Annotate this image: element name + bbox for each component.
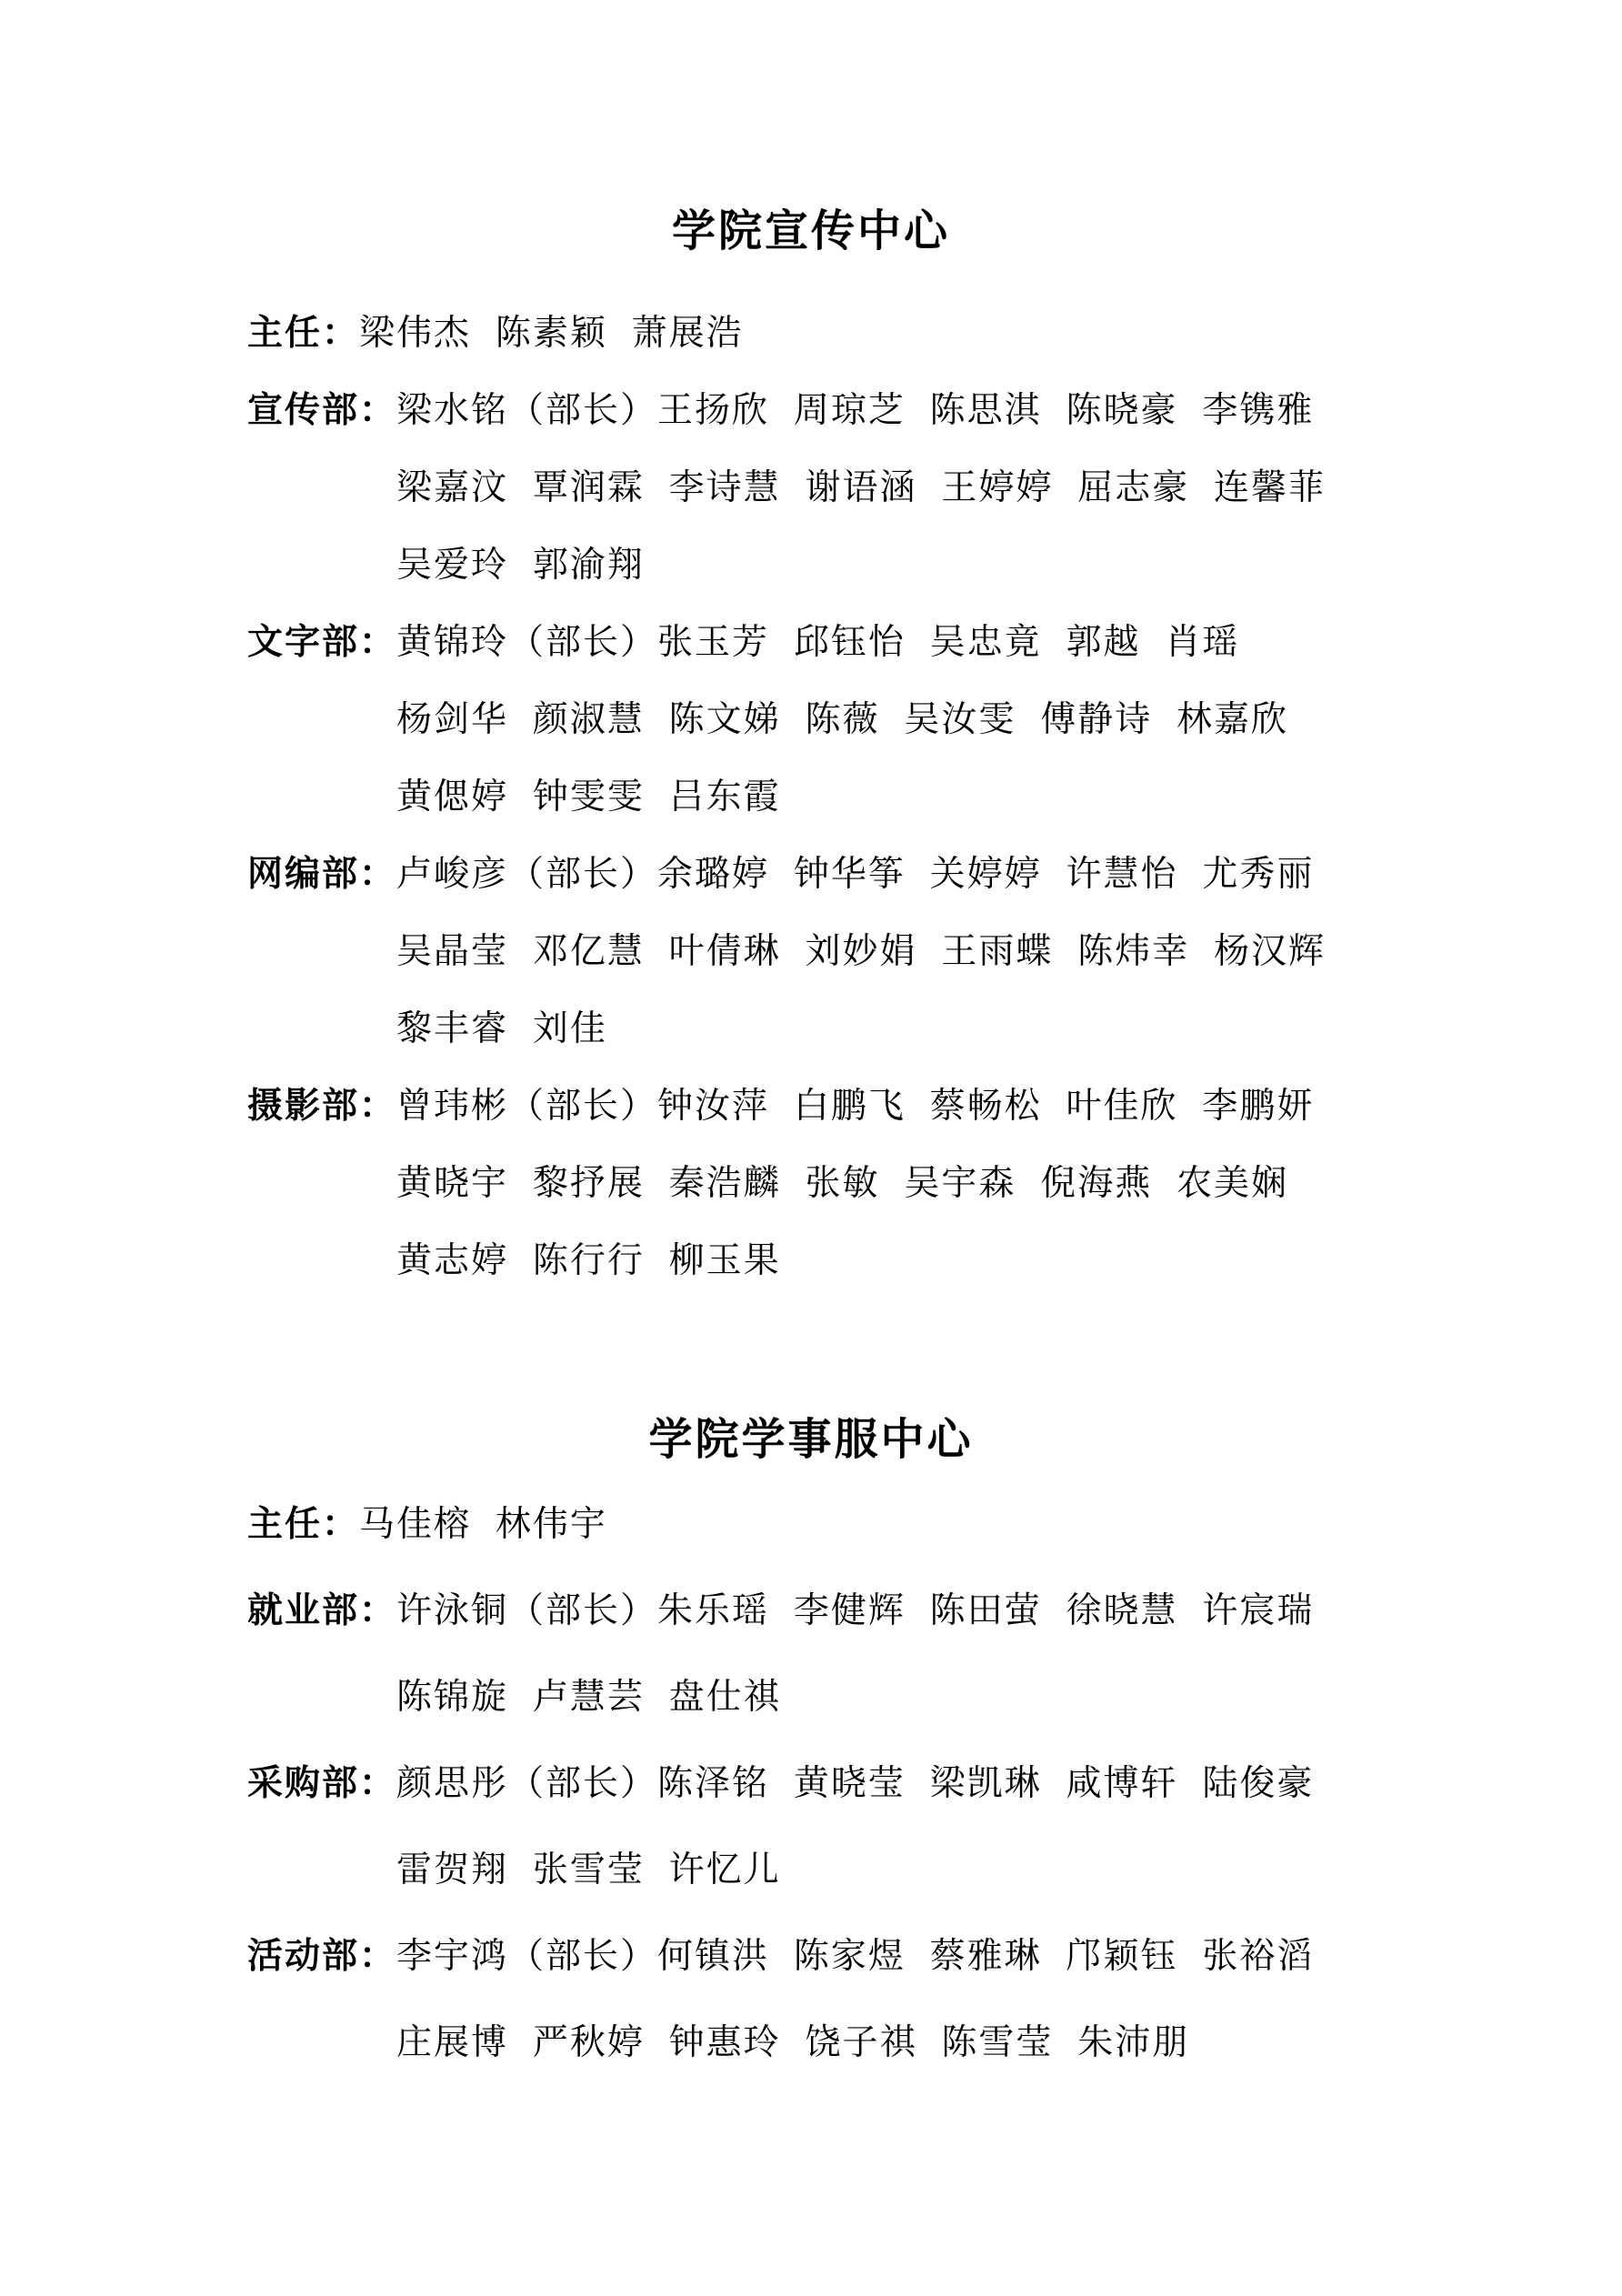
department-row-director: 主任： 梁伟杰 陈素颖 萧展浩	[247, 295, 1375, 372]
department-label: 主任：	[247, 1481, 359, 1568]
member-lines: 黄锦玲（部长）张玉芳 邱钰怡 吴忠竟 郭越 肖瑶 杨剑华 颜淑慧 陈文娣 陈薇 …	[396, 604, 1375, 836]
document-page: 学院宣传中心 主任： 梁伟杰 陈素颖 萧展浩 宣传部： 梁水铭（部长）王扬欣 周…	[0, 0, 1622, 2296]
member-line: 许泳铜（部长）朱乐瑶 李健辉 陈田萤 徐晓慧 许宸瑞	[396, 1568, 1375, 1654]
member-line: 梁水铭（部长）王扬欣 周琼芝 陈思淇 陈晓豪 李镌雅	[396, 372, 1375, 449]
department-label: 文字部：	[247, 604, 396, 681]
department-row-procurement: 采购部： 颜思彤（部长）陈泽铭 黄晓莹 梁凯琳 咸博轩 陆俊豪 雷贺翔 张雪莹 …	[247, 1740, 1375, 1913]
member-lines: 曾玮彬（部长）钟汝萍 白鹏飞 蔡畅松 叶佳欣 李鹏妍 黄晓宇 黎抒展 秦浩麟 张…	[396, 1068, 1375, 1299]
member-lines: 卢峻彦（部长）余璐婷 钟华筝 关婷婷 许慧怡 尤秀丽 吴晶莹 邓亿慧 叶倩琳 刘…	[396, 836, 1375, 1068]
member-line: 黄晓宇 黎抒展 秦浩麟 张敏 吴宇森 倪海燕 农美娴	[396, 1145, 1375, 1222]
member-line: 梁伟杰 陈素颖 萧展浩	[359, 295, 1375, 372]
member-line: 吴爱玲 郭渝翔	[396, 526, 1375, 604]
member-lines: 梁伟杰 陈素颖 萧展浩	[359, 295, 1375, 372]
section-rows: 主任： 梁伟杰 陈素颖 萧展浩 宣传部： 梁水铭（部长）王扬欣 周琼芝 陈思淇 …	[247, 295, 1375, 1299]
department-label: 网编部：	[247, 836, 396, 913]
department-label: 主任：	[247, 295, 359, 372]
member-line: 颜思彤（部长）陈泽铭 黄晓莹 梁凯琳 咸博轩 陆俊豪	[396, 1740, 1375, 1827]
member-line: 黄锦玲（部长）张玉芳 邱钰怡 吴忠竟 郭越 肖瑶	[396, 604, 1375, 681]
member-line: 梁嘉汶 覃润霖 李诗慧 谢语涵 王婷婷 屈志豪 连馨菲	[396, 449, 1375, 526]
department-label: 就业部：	[247, 1568, 396, 1654]
department-row-activities: 活动部： 李宇鸿（部长）何镇洪 陈家煜 蔡雅琳 邝颖钰 张裕滔 庄展博 严秋婷 …	[247, 1913, 1375, 2086]
department-row-employment: 就业部： 许泳铜（部长）朱乐瑶 李健辉 陈田萤 徐晓慧 许宸瑞 陈锦旋 卢慧芸 …	[247, 1568, 1375, 1740]
member-line: 陈锦旋 卢慧芸 盘仕祺	[396, 1654, 1375, 1740]
department-row-web-editing: 网编部： 卢峻彦（部长）余璐婷 钟华筝 关婷婷 许慧怡 尤秀丽 吴晶莹 邓亿慧 …	[247, 836, 1375, 1068]
member-lines: 颜思彤（部长）陈泽铭 黄晓莹 梁凯琳 咸博轩 陆俊豪 雷贺翔 张雪莹 许忆儿	[396, 1740, 1375, 1913]
member-line: 庄展博 严秋婷 钟惠玲 饶子祺 陈雪莹 朱沛朋	[396, 2000, 1375, 2086]
department-row-publicity: 宣传部： 梁水铭（部长）王扬欣 周琼芝 陈思淇 陈晓豪 李镌雅 梁嘉汶 覃润霖 …	[247, 372, 1375, 604]
member-line: 黄偲婷 钟雯雯 吕东霞	[396, 758, 1375, 836]
member-lines: 马佳榕 林伟宇	[359, 1481, 1375, 1568]
section-student-affairs-center: 学院学事服中心 主任： 马佳榕 林伟宇 就业部： 许泳铜（部长）朱乐瑶 李健辉 …	[247, 1416, 1375, 2086]
section-rows: 主任： 马佳榕 林伟宇 就业部： 许泳铜（部长）朱乐瑶 李健辉 陈田萤 徐晓慧 …	[247, 1481, 1375, 2086]
member-line: 李宇鸿（部长）何镇洪 陈家煜 蔡雅琳 邝颖钰 张裕滔	[396, 1913, 1375, 2000]
member-lines: 梁水铭（部长）王扬欣 周琼芝 陈思淇 陈晓豪 李镌雅 梁嘉汶 覃润霖 李诗慧 谢…	[396, 372, 1375, 604]
section-propaganda-center: 学院宣传中心 主任： 梁伟杰 陈素颖 萧展浩 宣传部： 梁水铭（部长）王扬欣 周…	[247, 207, 1375, 1299]
member-line: 马佳榕 林伟宇	[359, 1481, 1375, 1568]
member-line: 杨剑华 颜淑慧 陈文娣 陈薇 吴汝雯 傅静诗 林嘉欣	[396, 681, 1375, 758]
member-lines: 许泳铜（部长）朱乐瑶 李健辉 陈田萤 徐晓慧 许宸瑞 陈锦旋 卢慧芸 盘仕祺	[396, 1568, 1375, 1740]
member-line: 卢峻彦（部长）余璐婷 钟华筝 关婷婷 许慧怡 尤秀丽	[396, 836, 1375, 913]
department-label: 活动部：	[247, 1913, 396, 2000]
department-label: 宣传部：	[247, 372, 396, 449]
department-row-text: 文字部： 黄锦玲（部长）张玉芳 邱钰怡 吴忠竟 郭越 肖瑶 杨剑华 颜淑慧 陈文…	[247, 604, 1375, 836]
department-row-photography: 摄影部： 曾玮彬（部长）钟汝萍 白鹏飞 蔡畅松 叶佳欣 李鹏妍 黄晓宇 黎抒展 …	[247, 1068, 1375, 1299]
section-title: 学院宣传中心	[247, 207, 1375, 256]
member-lines: 李宇鸿（部长）何镇洪 陈家煜 蔡雅琳 邝颖钰 张裕滔 庄展博 严秋婷 钟惠玲 饶…	[396, 1913, 1375, 2086]
member-line: 黄志婷 陈行行 柳玉果	[396, 1222, 1375, 1299]
member-line: 黎丰睿 刘佳	[396, 990, 1375, 1068]
member-line: 吴晶莹 邓亿慧 叶倩琳 刘妙娟 王雨蝶 陈炜幸 杨汉辉	[396, 913, 1375, 990]
department-row-director: 主任： 马佳榕 林伟宇	[247, 1481, 1375, 1568]
member-line: 雷贺翔 张雪莹 许忆儿	[396, 1827, 1375, 1913]
member-line: 曾玮彬（部长）钟汝萍 白鹏飞 蔡畅松 叶佳欣 李鹏妍	[396, 1068, 1375, 1145]
department-label: 摄影部：	[247, 1068, 396, 1145]
section-title: 学院学事服中心	[247, 1416, 1375, 1465]
department-label: 采购部：	[247, 1740, 396, 1827]
